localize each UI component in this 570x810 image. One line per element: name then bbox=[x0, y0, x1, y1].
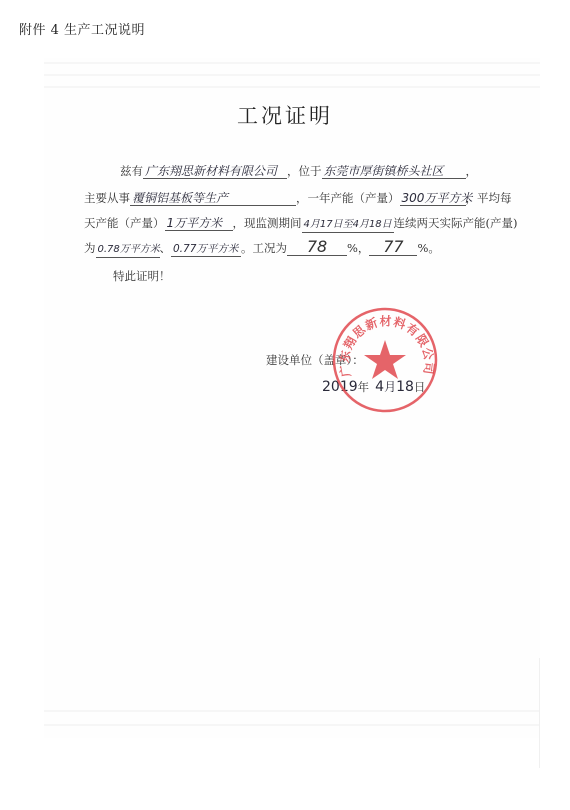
percent-sign: %。 bbox=[417, 241, 439, 255]
line-actual: 为0.78万平方米、0.77万平方米。工况为78%，77%。 bbox=[84, 240, 440, 258]
annual-capacity-field: 300万平方米 bbox=[400, 191, 466, 206]
line-business: 主要从事覆铜铝基板等生产，一年产能（产量）300万平方米，平均每 bbox=[84, 190, 512, 206]
condition-ratio1-field: 78 bbox=[287, 240, 347, 256]
scan-edge bbox=[539, 658, 540, 768]
scan-artifact-line bbox=[44, 62, 540, 64]
ratio2-value: 77 bbox=[383, 237, 403, 256]
percent-sign: %， bbox=[347, 241, 369, 255]
label-located: ，位于 bbox=[287, 164, 322, 178]
certificate-title: 工况证明 bbox=[0, 100, 570, 130]
company-seal: 广东翔思新材料有限公司 bbox=[331, 306, 439, 414]
label-actual: 连续两天实际产能(产量) bbox=[394, 216, 518, 230]
business-field: 覆铜铝基板等生产 bbox=[130, 191, 296, 206]
closing-statement: 特此证明！ bbox=[113, 268, 171, 284]
scan-artifact-line bbox=[44, 724, 540, 726]
label-period: ，现监测期间 bbox=[233, 216, 302, 230]
company-name-field: 广东翔思新材料有限公司 bbox=[143, 164, 287, 179]
label-for: 为 bbox=[84, 241, 96, 255]
actual-day1-field: 0.78万平方米 bbox=[96, 243, 160, 258]
label-average: ，平均每 bbox=[466, 191, 512, 205]
punct: ， bbox=[466, 164, 478, 178]
line-company: 兹有广东翔思新材料有限公司，位于东莞市厚街镇桥头社区， bbox=[120, 163, 477, 179]
seal-icon: 广东翔思新材料有限公司 bbox=[331, 306, 439, 414]
label-condition: 。工况为 bbox=[241, 241, 287, 255]
label-annual-capacity: ，一年产能（产量） bbox=[296, 191, 400, 205]
daily-capacity-field: 1万平方米 bbox=[165, 216, 233, 231]
label-daily-capacity: 天产能（产量） bbox=[84, 216, 165, 230]
label-business: 主要从事 bbox=[84, 191, 130, 205]
actual-day2-field: 0.77万平方米 bbox=[171, 242, 241, 257]
condition-ratio2-field: 77 bbox=[369, 240, 417, 256]
monitoring-period-field: 4月17日至4月18日 bbox=[302, 218, 394, 233]
ratio1-value: 78 bbox=[307, 237, 327, 256]
scan-artifact-line bbox=[44, 74, 540, 76]
star-icon bbox=[364, 340, 406, 379]
location-field: 东莞市厚街镇桥头社区 bbox=[322, 164, 466, 179]
scanned-page bbox=[44, 58, 540, 738]
scan-artifact-line bbox=[44, 86, 540, 88]
appendix-label: 附件 4 生产工况说明 bbox=[19, 19, 145, 38]
punct: 、 bbox=[160, 241, 172, 255]
scan-artifact-line bbox=[44, 710, 540, 712]
label-prefix: 兹有 bbox=[120, 164, 143, 178]
line-daily: 天产能（产量）1万平方米，现监测期间4月17日至4月18日连续两天实际产能(产量… bbox=[84, 215, 517, 233]
